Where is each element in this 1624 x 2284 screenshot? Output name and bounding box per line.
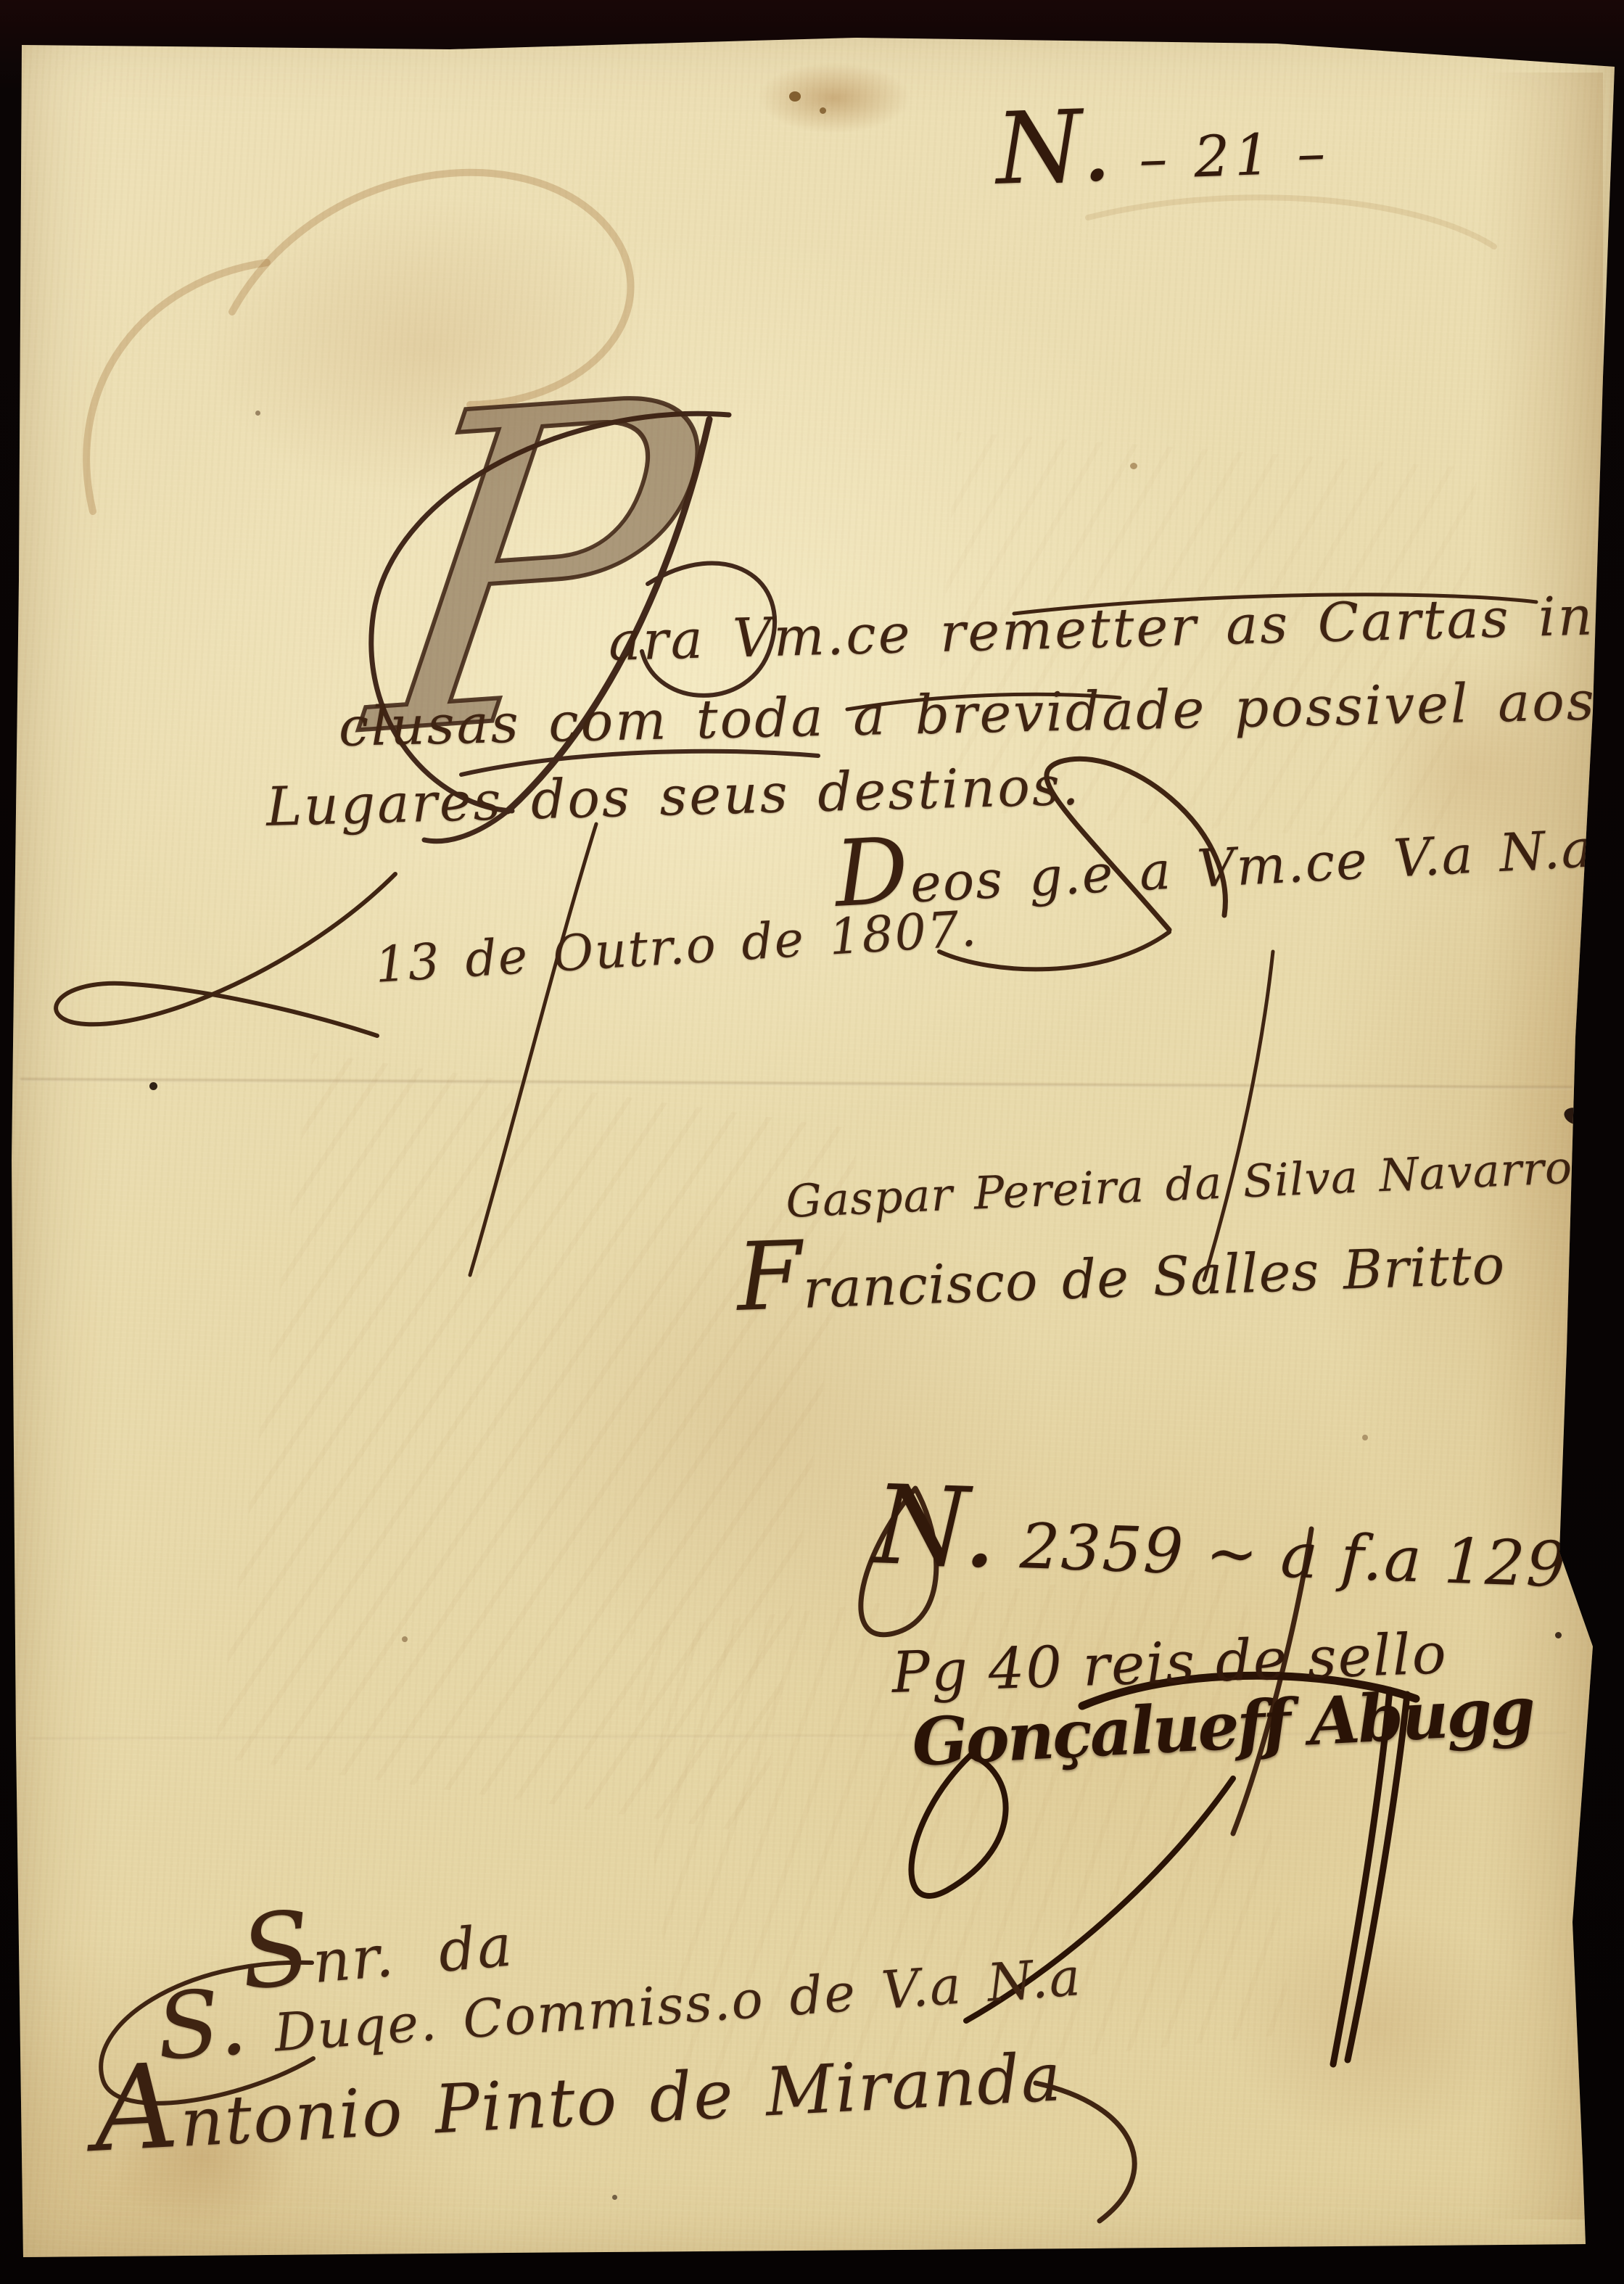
ink-speck [612, 2195, 617, 2200]
signature-britto: Francisco de Salles Britto [736, 1234, 1506, 1323]
signature-navarro: Gaspar Pereira da Silva Navarro. [785, 1140, 1588, 1228]
registry-number: N. 2359 ~ a f.a 129 [872, 1505, 1569, 1601]
foxing-dot [255, 411, 260, 416]
foxing-dot [820, 107, 826, 114]
ink-speck [149, 1082, 157, 1090]
foxing-dot [1362, 1435, 1368, 1440]
fold-crease [20, 1078, 1573, 1089]
paper: N. – 21 – P ara Vm.ce remetter as Cartas… [0, 0, 1624, 2284]
ink-blot-right-edge [1562, 1105, 1589, 1128]
foxing-dot [789, 91, 801, 102]
showthrough-hatch-left [215, 1053, 860, 1834]
ink-speck [1555, 1632, 1562, 1638]
foxing-dot [402, 1636, 408, 1642]
date-line: 13 de Outr.o de 1807. [374, 900, 979, 994]
scanned-letter-photo: N. – 21 – P ara Vm.ce remetter as Cartas… [0, 0, 1624, 2284]
docket-number: N. – 21 – [995, 120, 1331, 197]
foxing-dot [1130, 463, 1137, 469]
body-line-1: ara Vm.ce remetter as Cartas in- [608, 585, 1616, 673]
stain-bottom-right [1175, 1871, 1581, 2183]
stain-top-center [733, 51, 936, 145]
